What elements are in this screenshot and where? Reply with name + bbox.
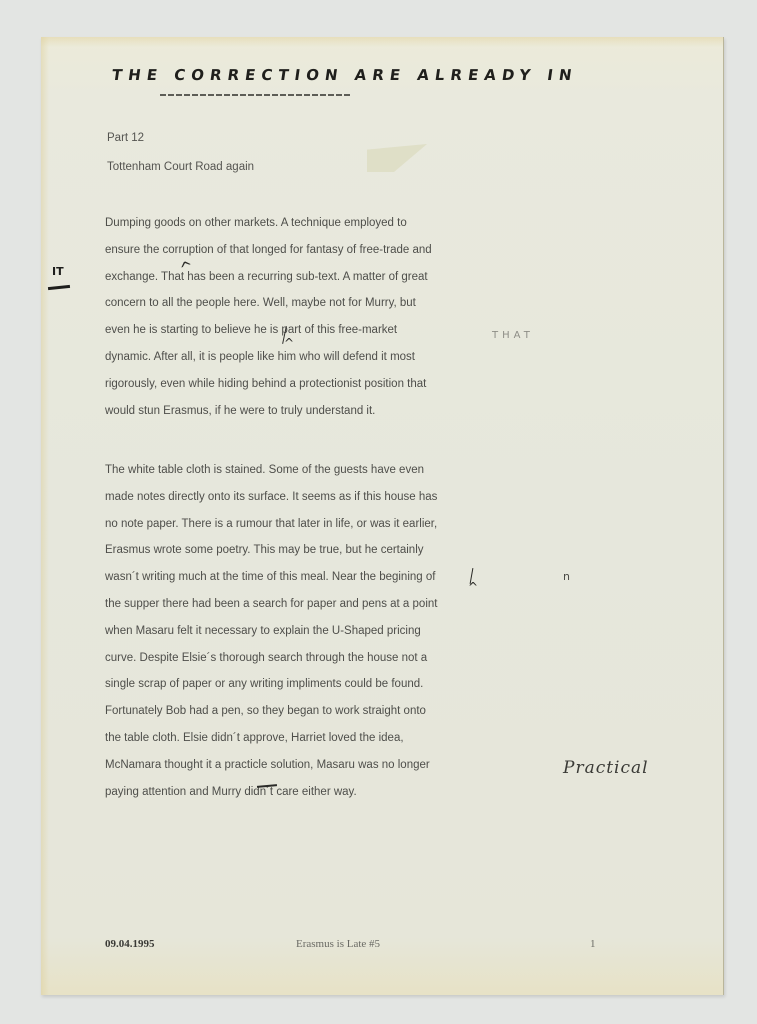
part-label: Part 12 — [107, 132, 144, 144]
margin-note-n: n — [563, 570, 570, 583]
footer-date: 09.04.1995 — [105, 938, 155, 950]
text-line: single scrap of paper or any writing imp… — [105, 671, 525, 698]
text-line: ensure the corruption of that longed for… — [105, 237, 525, 264]
text-line: the table cloth. Elsie didn´t approve, H… — [105, 725, 525, 752]
insertion-caret-icon: ^ — [284, 336, 294, 350]
text-line: curve. Despite Elsie´s thorough search t… — [105, 645, 525, 672]
text-line: The white table cloth is stained. Some o… — [105, 457, 525, 484]
text-line: Fortunately Bob had a pen, so they began… — [105, 698, 525, 725]
margin-note-practical: Practical — [563, 758, 649, 778]
paper-stain — [367, 144, 427, 172]
text-line: when Masaru felt it necessary to explain… — [105, 618, 525, 645]
text-line: concern to all the people here. Well, ma… — [105, 290, 525, 317]
section-subtitle: Tottenham Court Road again — [107, 161, 254, 173]
footer-page-number: 1 — [590, 938, 596, 950]
paragraph-1: Dumping goods on other markets. A techni… — [105, 210, 525, 424]
text-line: the supper there had been a search for p… — [105, 591, 525, 618]
text-line: McNamara thought it a practicle solution… — [105, 752, 525, 779]
text-line: wasn´t writing much at the time of this … — [105, 564, 525, 591]
text-line: dynamic. After all, it is people like hi… — [105, 344, 525, 371]
footer-title: Erasmus is Late #5 — [296, 938, 380, 950]
paragraph-2: The white table cloth is stained. Some o… — [105, 457, 525, 805]
text-line: rigorously, even while hiding behind a p… — [105, 371, 525, 398]
text-line: made notes directly onto its surface. It… — [105, 484, 525, 511]
text-line: would stun Erasmus, if he were to truly … — [105, 398, 525, 425]
margin-note-that: THAT — [492, 330, 534, 341]
text-line: Dumping goods on other markets. A techni… — [105, 210, 525, 237]
text-line: even he is starting to believe he is par… — [105, 317, 525, 344]
text-line: paying attention and Murry didn´t care e… — [105, 779, 525, 806]
text-line: Erasmus wrote some poetry. This may be t… — [105, 537, 525, 564]
margin-note-it: IT — [52, 265, 64, 278]
text-line: no note paper. There is a rumour that la… — [105, 511, 525, 538]
text-line: exchange. That has been a recurring sub-… — [105, 264, 525, 291]
handwritten-underline — [160, 94, 350, 96]
insertion-caret-icon: ^ — [468, 580, 478, 594]
handwritten-header: THE CORRECTION ARE ALREADY IN — [111, 66, 579, 84]
